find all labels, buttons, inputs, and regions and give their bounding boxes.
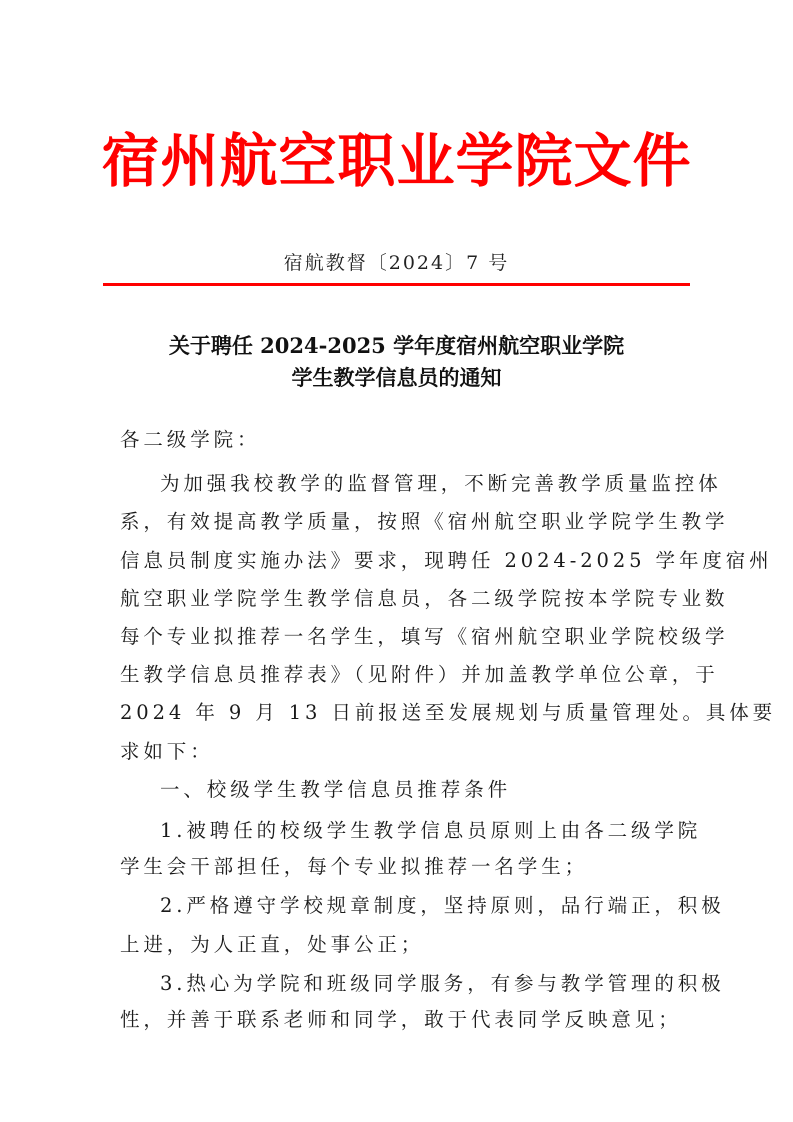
body-line: 航空职业学院学生教学信息员，各二级学院按本学院专业数: [120, 587, 680, 611]
body-line: 求如下：: [120, 740, 680, 764]
body-line: 生教学信息员推荐表》（见附件）并加盖教学单位公章，于: [120, 663, 680, 687]
condition-2-line-2: 上进，为人正直，处事公正；: [120, 933, 680, 957]
section-heading: 一、校级学生教学信息员推荐条件: [160, 778, 680, 802]
body-line: 每个专业拟推荐一名学生，填写《宿州航空职业学院校级学: [120, 625, 680, 649]
condition-1-line-1: 1.被聘任的校级学生教学信息员原则上由各二级学院: [160, 819, 680, 843]
body-line: 为加强我校教学的监督管理，不断完善教学质量监控体: [160, 472, 680, 496]
body-line: 信息员制度实施办法》要求，现聘任 2024-2025 学年度宿州: [120, 549, 680, 573]
document-page: 宿州航空职业学院文件 宿航教督〔2024〕7 号 关于聘任 2024-2025 …: [0, 0, 793, 1122]
condition-3-line-1: 3.热心为学院和班级同学服务，有参与教学管理的积极: [160, 972, 680, 996]
condition-3-line-2: 性，并善于联系老师和同学，敢于代表同学反映意见；: [120, 1008, 680, 1032]
notice-title-line-1: 关于聘任 2024-2025 学年度宿州航空职业学院: [0, 333, 793, 359]
body-line: 2024 年 9 月 13 日前报送至发展规划与质量管理处。具体要: [120, 701, 680, 725]
masthead-title: 宿州航空职业学院文件: [0, 128, 793, 194]
condition-1-line-2: 学生会干部担任，每个专业拟推荐一名学生；: [120, 855, 680, 879]
notice-title-line-2: 学生教学信息员的通知: [0, 365, 793, 391]
body-line: 系，有效提高教学质量，按照《宿州航空职业学院学生教学: [120, 510, 680, 534]
red-divider-rule: [103, 283, 690, 286]
document-number: 宿航教督〔2024〕7 号: [0, 251, 793, 275]
salutation: 各二级学院：: [120, 428, 680, 452]
condition-2-line-1: 2.严格遵守学校规章制度，坚持原则，品行端正，积极: [160, 894, 680, 918]
